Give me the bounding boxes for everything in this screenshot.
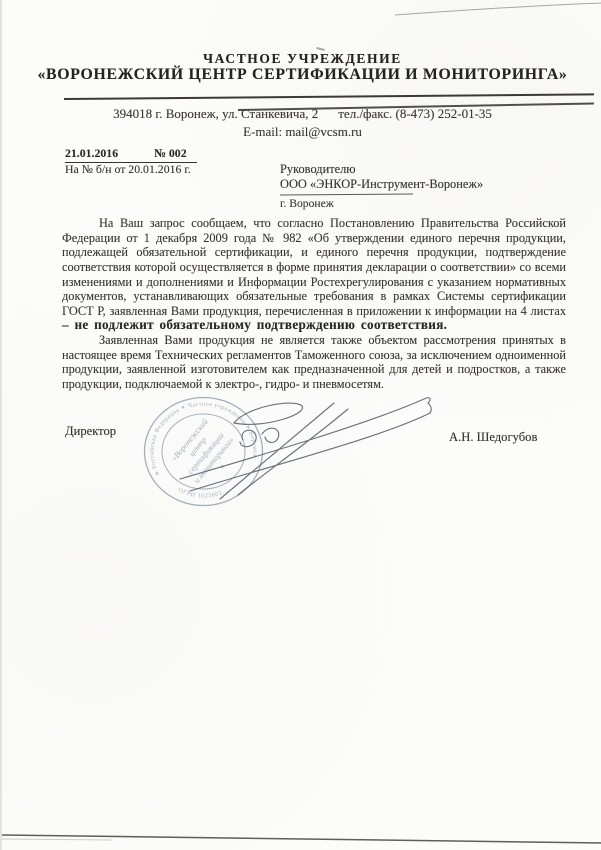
body-line-bold: – не подлежит обязательному подтверждени… [62, 318, 566, 333]
recipient-company: ООО «ЭНКОР-Инструмент-Воронеж» [280, 177, 483, 192]
recipient-city: г. Воронеж [280, 197, 334, 210]
body-line: соответствия которой осуществляется в фо… [62, 260, 566, 275]
body-line: настоящее время Технических регламентов … [62, 348, 566, 363]
org-type: ЧАСТНОЕ УЧРЕЖДЕНИЕ [2, 51, 601, 67]
letter-number: № 002 [154, 146, 187, 161]
recipient-underline [280, 194, 413, 196]
recipient-block: Руководителю ООО «ЭНКОР-Инструмент-Ворон… [280, 162, 483, 191]
scan-artifact-bottom-edge [2, 828, 601, 850]
address-line: 394018 г. Воронеж, ул. Станкевича, 2тел.… [2, 106, 601, 122]
letter-body: На Ваш запрос сообщаем, что согласно Пос… [62, 216, 566, 392]
body-line: Заявленная Вами продукция не является та… [62, 333, 566, 348]
body-line: подлежащей обязательной сертификации, и … [62, 245, 566, 260]
signature-title: Директор [65, 424, 116, 439]
email-line: E-mail: mail@vcsm.ru [2, 124, 601, 140]
body-line: Федерации от 1 декабря 2009 года № 982 «… [62, 231, 566, 246]
signature-name: А.Н. Шедогубов [449, 430, 537, 445]
reference-number-line: 21.01.2016 № 002 [65, 146, 197, 163]
reply-reference: На № б/н от 20.01.2016 г. [65, 162, 191, 177]
postal-address: 394018 г. Воронеж, ул. Станкевича, 2 [113, 106, 318, 121]
scan-artifact-top-right [395, 0, 601, 20]
signature-strokes [142, 383, 447, 523]
body-line: документов, устанавливающих обязательные… [62, 289, 566, 304]
body-line: ГОСТ Р, заявленная Вами продукция, переч… [62, 304, 566, 319]
body-line: продукции, заявленной изготовителем как … [62, 362, 566, 377]
recipient-role: Руководителю [280, 162, 483, 177]
body-line: На Ваш запрос сообщаем, что согласно Пос… [62, 216, 566, 231]
letterhead-rule-top [64, 93, 594, 100]
org-name: «ВОРОНЕЖСКИЙ ЦЕНТР СЕРТИФИКАЦИИ И МОНИТО… [2, 66, 601, 84]
scanned-letter-page: ЧАСТНОЕ УЧРЕЖДЕНИЕ «ВОРОНЕЖСКИЙ ЦЕНТР СЕ… [0, 0, 601, 850]
body-line: изменениями и дополнениями и Информации … [62, 275, 566, 290]
phone-fax: тел./факс. (8-473) 252-01-35 [338, 106, 492, 121]
letter-date: 21.01.2016 [65, 146, 118, 161]
